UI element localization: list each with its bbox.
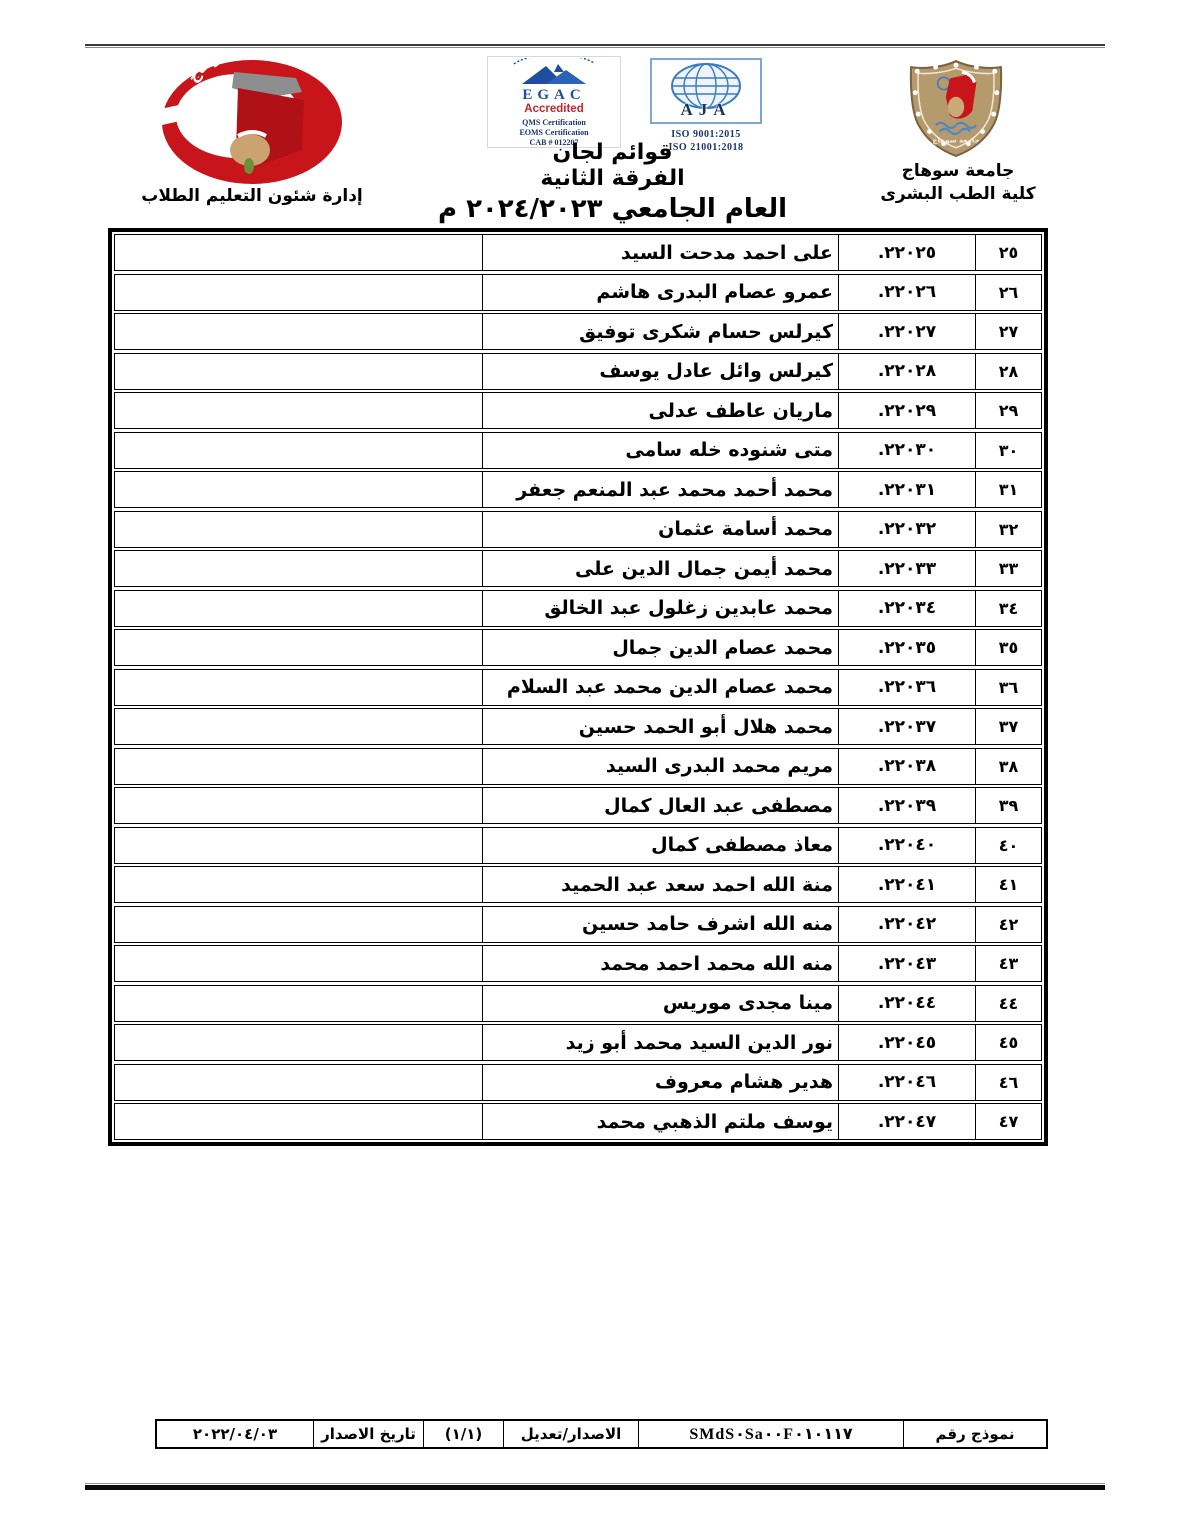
empty-cell <box>115 788 482 823</box>
empty-cell <box>115 354 482 389</box>
table-row: ٤٣ ٢٢٠٤٣. منه الله محمد احمد محمد <box>114 945 1042 982</box>
student-name-cell: مصطفى عبد العال كمال <box>482 788 838 823</box>
row-number-cell: ٤١ <box>975 867 1041 902</box>
header-top-rule <box>85 44 1105 48</box>
student-name-cell: محمد هلال أبو الحمد حسين <box>482 709 838 744</box>
empty-cell <box>115 512 482 547</box>
row-number-cell: ٤٦ <box>975 1065 1041 1100</box>
student-name-cell: على احمد مدحت السيد <box>482 235 838 270</box>
row-number-cell: ٤٠ <box>975 828 1041 863</box>
table-row: ٣١ ٢٢٠٣١. محمد أحمد محمد عبد المنعم جعفر <box>114 471 1042 508</box>
student-id-cell: ٢٢٠٤٣. <box>838 946 975 981</box>
faculty-name: كلية الطب البشرى <box>873 183 1043 206</box>
student-id-cell: ٢٢٠٤٢. <box>838 907 975 942</box>
row-number-cell: ٣٤ <box>975 591 1041 626</box>
row-number-cell: ٣٧ <box>975 709 1041 744</box>
table-row: ٤٥ ٢٢٠٤٥. نور الدين السيد محمد أبو زيد <box>114 1024 1042 1061</box>
table-row: ٣٣ ٢٢٠٣٣. محمد أيمن جمال الدين على <box>114 550 1042 587</box>
student-id-cell: ٢٢٠٢٧. <box>838 314 975 349</box>
university-shield-logo: جامعة سوهاج <box>903 58 1009 160</box>
table-row: ٣٧ ٢٢٠٣٧. محمد هلال أبو الحمد حسين <box>114 708 1042 745</box>
empty-cell <box>115 591 482 626</box>
student-name-cell: مينا مجدى موريس <box>482 986 838 1021</box>
row-number-cell: ٣٦ <box>975 670 1041 705</box>
table-row: ٣٨ ٢٢٠٣٨. مريم محمد البدرى السيد <box>114 748 1042 785</box>
row-number-cell: ٤٣ <box>975 946 1041 981</box>
student-name-cell: محمد عصام الدين محمد عبد السلام <box>482 670 838 705</box>
student-id-cell: ٢٢٠٣٧. <box>838 709 975 744</box>
table-row: ٤١ ٢٢٠٤١. منة الله احمد سعد عبد الحميد <box>114 866 1042 903</box>
student-id-cell: ٢٢٠٣٤. <box>838 591 975 626</box>
egac-cert-line: QMS Certification <box>488 118 620 128</box>
row-number-cell: ٣٨ <box>975 749 1041 784</box>
table-row: ٢٧ ٢٢٠٢٧. كيرلس حسام شكرى توفيق <box>114 313 1042 350</box>
footer-cell: تاريخ الاصدار <box>313 1421 423 1447</box>
row-number-cell: ٢٥ <box>975 235 1041 270</box>
table-row: ٤٠ ٢٢٠٤٠. معاذ مصطفى كمال <box>114 827 1042 864</box>
university-name: جامعة سوهاج <box>873 160 1043 183</box>
doc-title: قوائم لجان <box>375 140 850 166</box>
empty-cell <box>115 907 482 942</box>
empty-cell <box>115 986 482 1021</box>
egac-accredited-label: Accredited <box>488 103 620 116</box>
table-row: ٣٢ ٢٢٠٣٢. محمد أسامة عثمان <box>114 511 1042 548</box>
egac-mountains-icon <box>494 58 614 86</box>
student-id-cell: ٢٢٠٤٦. <box>838 1065 975 1100</box>
student-id-cell: ٢٢٠٢٥. <box>838 235 975 270</box>
title-block: قوائم لجان الفرقة الثانية العام الجامعي … <box>375 140 850 225</box>
student-id-cell: ٢٢٠٢٩. <box>838 393 975 428</box>
table-row: ٤٧ ٢٢٠٤٧. يوسف ملتم الذهبي محمد <box>114 1103 1042 1140</box>
student-name-cell: نور الدين السيد محمد أبو زيد <box>482 1025 838 1060</box>
footer-cell: SMdS٠Sa٠٠F٠١٠١١٧ <box>638 1421 903 1447</box>
table-row: ٣٠ ٢٢٠٣٠. متى شنوده خله سامى <box>114 432 1042 469</box>
row-number-cell: ٤٥ <box>975 1025 1041 1060</box>
shield-banner-text: جامعة سوهاج <box>932 136 979 145</box>
table-row: ٤٢ ٢٢٠٤٢. منه الله اشرف حامد حسين <box>114 906 1042 943</box>
student-name-cell: محمد أيمن جمال الدين على <box>482 551 838 586</box>
student-name-cell: كيرلس وائل عادل يوسف <box>482 354 838 389</box>
student-id-cell: ٢٢٠٤١. <box>838 867 975 902</box>
empty-cell <box>115 433 482 468</box>
table-row: ٢٩ ٢٢٠٢٩. ماريان عاطف عدلى <box>114 392 1042 429</box>
aja-name: AJA <box>652 100 760 120</box>
student-name-cell: منه الله محمد احمد محمد <box>482 946 838 981</box>
academic-year-title: العام الجامعي ٢٠٢٤/٢٠٢٣ م <box>375 195 850 225</box>
empty-cell <box>115 749 482 784</box>
row-number-cell: ٣١ <box>975 472 1041 507</box>
student-id-cell: ٢٢٠٤٠. <box>838 828 975 863</box>
table-row: ٢٦ ٢٢٠٢٦. عمرو عصام البدرى هاشم <box>114 274 1042 311</box>
student-name-cell: متى شنوده خله سامى <box>482 433 838 468</box>
student-id-cell: ٢٢٠٣٣. <box>838 551 975 586</box>
row-number-cell: ٣٥ <box>975 630 1041 665</box>
footer-cell: ٢٠٢٢/٠٤/٠٣ <box>157 1421 313 1447</box>
table-row: ٣٤ ٢٢٠٣٤. محمد عابدين زغلول عبد الخالق <box>114 590 1042 627</box>
student-id-cell: ٢٢٠٣١. <box>838 472 975 507</box>
row-number-cell: ٢٨ <box>975 354 1041 389</box>
row-number-cell: ٤٤ <box>975 986 1041 1021</box>
row-number-cell: ٣٠ <box>975 433 1041 468</box>
empty-cell <box>115 1025 482 1060</box>
students-table: ٢٥ ٢٢٠٢٥. على احمد مدحت السيد ٢٦ ٢٢٠٢٦. … <box>108 228 1048 1146</box>
row-number-cell: ٣٢ <box>975 512 1041 547</box>
egac-name: EGAC <box>488 88 620 103</box>
student-name-cell: منة الله احمد سعد عبد الحميد <box>482 867 838 902</box>
empty-cell <box>115 235 482 270</box>
row-number-cell: ٢٩ <box>975 393 1041 428</box>
footer-cell: نموذج رقم <box>903 1421 1046 1447</box>
row-number-cell: ٢٧ <box>975 314 1041 349</box>
student-name-cell: يوسف ملتم الذهبي محمد <box>482 1104 838 1139</box>
table-row: ٤٦ ٢٢٠٤٦. هدير هشام معروف <box>114 1064 1042 1101</box>
footer-cell: الاصدار/تعديل <box>503 1421 638 1447</box>
student-id-cell: ٢٢٠٣٥. <box>838 630 975 665</box>
table-row: ٣٦ ٢٢٠٣٦. محمد عصام الدين محمد عبد السلا… <box>114 669 1042 706</box>
row-number-cell: ٣٩ <box>975 788 1041 823</box>
student-id-cell: ٢٢٠٢٦. <box>838 275 975 310</box>
shield-face <box>948 97 964 117</box>
egac-cert-line: EOMS Certification <box>488 128 620 138</box>
row-number-cell: ٤٢ <box>975 907 1041 942</box>
dept-label: إدارة شئون التعليم الطلاب <box>136 186 368 206</box>
empty-cell <box>115 828 482 863</box>
empty-cell <box>115 709 482 744</box>
faculty-crescent-logo: جامعة سوهاج كلية الطب <box>146 58 358 186</box>
student-name-cell: معاذ مصطفى كمال <box>482 828 838 863</box>
student-id-cell: ٢٢٠٣٦. <box>838 670 975 705</box>
empty-cell <box>115 275 482 310</box>
document-page: جامعة سوهاج كلية الطب إدارة شئون التعليم… <box>0 0 1187 1536</box>
empty-cell <box>115 1065 482 1100</box>
table-row: ٢٨ ٢٢٠٢٨. كيرلس وائل عادل يوسف <box>114 353 1042 390</box>
student-name-cell: محمد أحمد محمد عبد المنعم جعفر <box>482 472 838 507</box>
student-id-cell: ٢٢٠٣٨. <box>838 749 975 784</box>
form-footer-table: نموذج رقم SMdS٠Sa٠٠F٠١٠١١٧ الاصدار/تعديل… <box>155 1419 1048 1449</box>
university-name-block: جامعة سوهاج كلية الطب البشرى <box>873 160 1043 206</box>
row-number-cell: ٤٧ <box>975 1104 1041 1139</box>
student-id-cell: ٢٢٠٢٨. <box>838 354 975 389</box>
student-name-cell: كيرلس حسام شكرى توفيق <box>482 314 838 349</box>
footer-cell: (١/١) <box>423 1421 503 1447</box>
student-id-cell: ٢٢٠٤٤. <box>838 986 975 1021</box>
table-row: ٣٩ ٢٢٠٣٩. مصطفى عبد العال كمال <box>114 787 1042 824</box>
student-name-cell: ماريان عاطف عدلى <box>482 393 838 428</box>
table-row: ٢٥ ٢٢٠٢٥. على احمد مدحت السيد <box>114 234 1042 271</box>
student-id-cell: ٢٢٠٤٥. <box>838 1025 975 1060</box>
empty-cell <box>115 867 482 902</box>
table-row: ٣٥ ٢٢٠٣٥. محمد عصام الدين جمال <box>114 629 1042 666</box>
empty-cell <box>115 314 482 349</box>
student-name-cell: عمرو عصام البدرى هاشم <box>482 275 838 310</box>
grade-title: الفرقة الثانية <box>375 166 850 192</box>
egac-logo: EGAC Accredited QMS CertificationEOMS Ce… <box>487 56 621 148</box>
student-id-cell: ٢٢٠٣٠. <box>838 433 975 468</box>
student-name-cell: محمد أسامة عثمان <box>482 512 838 547</box>
row-number-cell: ٣٣ <box>975 551 1041 586</box>
student-name-cell: محمد عصام الدين جمال <box>482 630 838 665</box>
empty-cell <box>115 551 482 586</box>
empty-cell <box>115 472 482 507</box>
page-bottom-rule <box>85 1483 1105 1490</box>
student-id-cell: ٢٢٠٣٩. <box>838 788 975 823</box>
student-id-cell: ٢٢٠٤٧. <box>838 1104 975 1139</box>
student-name-cell: مريم محمد البدرى السيد <box>482 749 838 784</box>
student-name-cell: محمد عابدين زغلول عبد الخالق <box>482 591 838 626</box>
empty-cell <box>115 393 482 428</box>
empty-cell <box>115 630 482 665</box>
empty-cell <box>115 946 482 981</box>
student-name-cell: منه الله اشرف حامد حسين <box>482 907 838 942</box>
student-id-cell: ٢٢٠٣٢. <box>838 512 975 547</box>
empty-cell <box>115 1104 482 1139</box>
table-row: ٤٤ ٢٢٠٤٤. مينا مجدى موريس <box>114 985 1042 1022</box>
student-name-cell: هدير هشام معروف <box>482 1065 838 1100</box>
row-number-cell: ٢٦ <box>975 275 1041 310</box>
empty-cell <box>115 670 482 705</box>
